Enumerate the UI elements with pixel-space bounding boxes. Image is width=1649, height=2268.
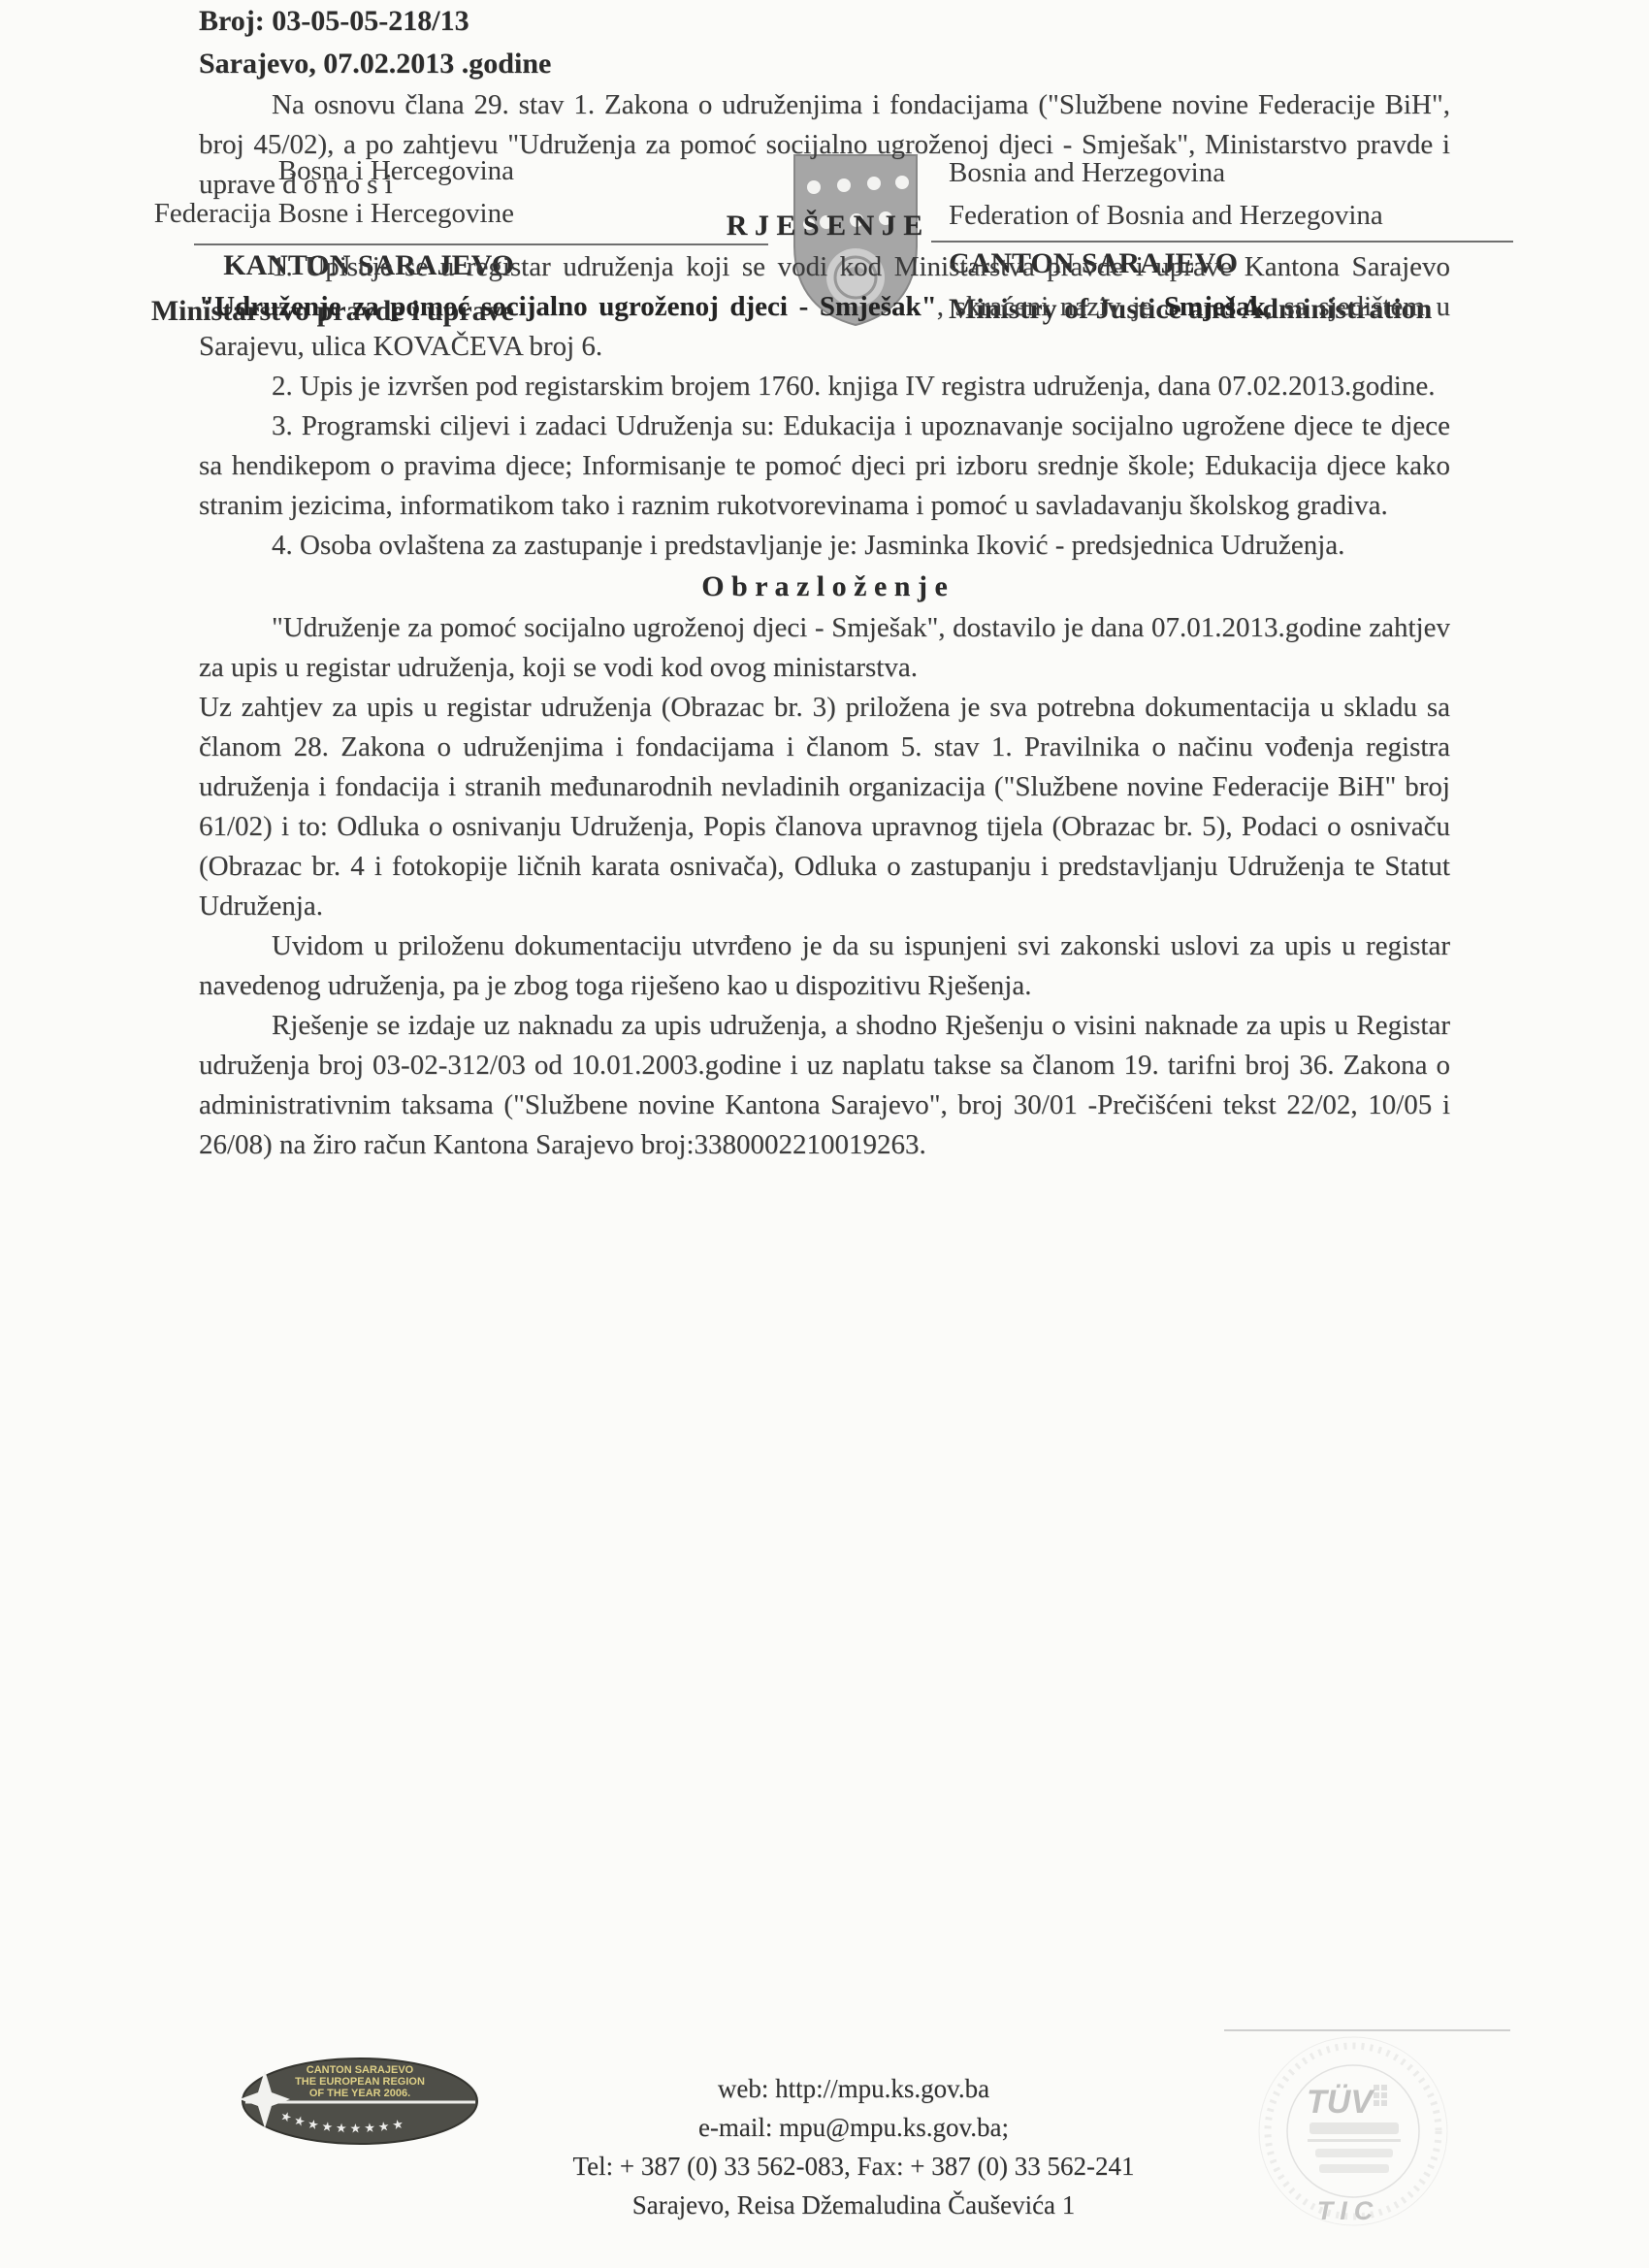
decision-item-2: 2. Upis je izvršen pod registarskim broj…: [199, 367, 1450, 406]
contact-phone: Tel: + 387 (0) 33 562-083, Fax: + 387 (0…: [417, 2147, 1290, 2186]
explanation-paragraph-1: "Udruženje za pomoć socijalno ugroženoj …: [199, 608, 1450, 688]
badge-line2: THE EUROPEAN REGION: [295, 2076, 425, 2088]
tuv-certification-seal: TÜV TIC: [1249, 2023, 1458, 2251]
contact-web: web: http://mpu.ks.gov.ba: [417, 2069, 1290, 2108]
decision-item-1: 1. Upisuje se u registar udruženja koji …: [199, 247, 1450, 367]
document-page: Bosna i Hercegovina Federacija Bosne i H…: [0, 0, 1649, 2268]
explanation-heading: O b r a z l o ž e n j e: [199, 566, 1450, 608]
seal-bottom: TIC: [1317, 2196, 1380, 2225]
seal-brand: TÜV: [1307, 2084, 1375, 2121]
footer-contact: web: http://mpu.ks.gov.ba e-mail: mpu@mp…: [417, 2069, 1290, 2224]
contact-email: e-mail: mpu@mpu.ks.gov.ba;: [417, 2108, 1290, 2147]
decision-heading: R J E Š E N J E: [199, 205, 1450, 247]
document-body: Broj: 03-05-05-218/13 Sarajevo, 07.02.20…: [199, 0, 1450, 1165]
reference-date: Sarajevo, 07.02.2013 .godine: [199, 43, 1450, 85]
reference-number: Broj: 03-05-05-218/13: [199, 0, 1450, 43]
decision-item-4: 4. Osoba ovlaštena za zastupanje i preds…: [199, 526, 1450, 566]
contact-address: Sarajevo, Reisa Džemaludina Čauševića 1: [417, 2186, 1290, 2224]
explanation-paragraph-4: Rješenje se izdaje uz naknadu za upis ud…: [199, 1006, 1450, 1165]
seal-illegible-text: [1308, 2122, 1401, 2173]
explanation-paragraph-2: Uz zahtjev za upis u registar udruženja …: [199, 688, 1450, 926]
badge-line3: OF THE YEAR 2006.: [309, 2088, 410, 2099]
badge-line1: CANTON SARAJEVO: [307, 2064, 414, 2076]
intro-paragraph: Na osnovu člana 29. stav 1. Zakona o udr…: [199, 85, 1450, 205]
decision-item-3: 3. Programski ciljevi i zadaci Udruženja…: [199, 406, 1450, 526]
explanation-paragraph-3: Uvidom u priloženu dokumentaciju utvrđen…: [199, 926, 1450, 1006]
seal-brand-mark: [1374, 2085, 1387, 2106]
